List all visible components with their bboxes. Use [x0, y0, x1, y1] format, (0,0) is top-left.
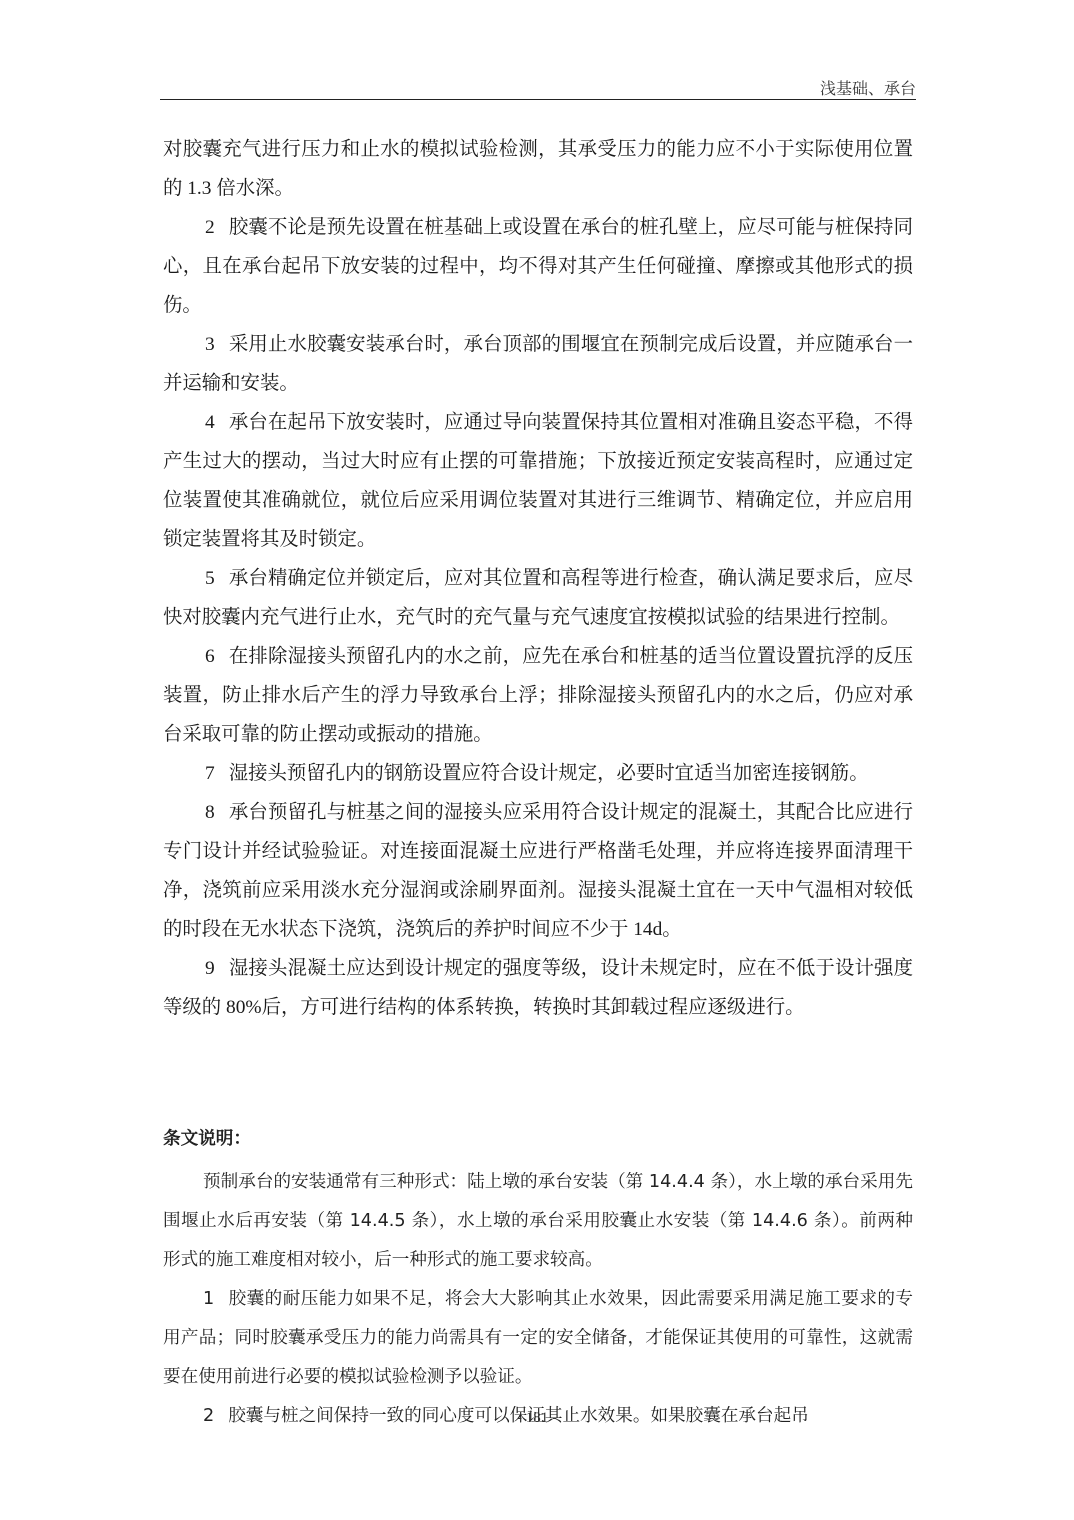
- explanation-item-1: 1胶囊的耐压能力如果不足，将会大大影响其止水效果，因此需要采用满足施工要求的专用…: [163, 1280, 913, 1397]
- clause-text: 采用止水胶囊安装承台时，承台顶部的围堰宜在预制完成后设置，并应随承台一并运输和安…: [163, 334, 913, 394]
- clause-item-8: 8承台预留孔与桩基之间的湿接头应采用符合设计规定的混凝土，其配合比应进行专门设计…: [163, 793, 913, 949]
- clause-text: 承台在起吊下放安装时，应通过导向装置保持其位置相对准确且姿态平稳，不得产生过大的…: [163, 412, 913, 550]
- clause-item-2: 2胶囊不论是预先设置在桩基础上或设置在承台的桩孔壁上，应尽可能与桩保持同心，且在…: [163, 208, 913, 325]
- clause-number: 9: [205, 958, 215, 979]
- explanation-intro: 预制承台的安装通常有三种形式：陆上墩的承台安装（第 14.4.4 条），水上墩的…: [163, 1163, 913, 1280]
- page-number: - 181 -: [0, 1410, 1074, 1427]
- clause-number: 3: [205, 334, 215, 355]
- clause-item-5: 5承台精确定位并锁定后，应对其位置和高程等进行检查，确认满足要求后，应尽快对胶囊…: [163, 559, 913, 637]
- clause-number: 8: [205, 802, 215, 823]
- clause-item-6: 6在排除湿接头预留孔内的水之前，应先在承台和桩基的适当位置设置抗浮的反压装置，防…: [163, 637, 913, 754]
- clause-number: 6: [205, 646, 215, 667]
- clause-text: 承台精确定位并锁定后，应对其位置和高程等进行检查，确认满足要求后，应尽快对胶囊内…: [163, 568, 913, 628]
- clause-explanation: 条文说明： 预制承台的安装通常有三种形式：陆上墩的承台安装（第 14.4.4 条…: [163, 1120, 913, 1436]
- explanation-number: 1: [203, 1289, 214, 1309]
- clause-item-3: 3采用止水胶囊安装承台时，承台顶部的围堰宜在预制完成后设置，并应随承台一并运输和…: [163, 325, 913, 403]
- clause-number: 2: [205, 217, 215, 238]
- document-page: 浅基础、承台 对胶囊充气进行压力和止水的模拟试验检测，其承受压力的能力应不小于实…: [0, 0, 1074, 1520]
- clause-number: 7: [205, 763, 215, 784]
- clause-number: 5: [205, 568, 215, 589]
- clause-item-9: 9湿接头混凝土应达到设计规定的强度等级，设计未规定时，应在不低于设计强度等级的 …: [163, 949, 913, 1027]
- clause-text: 湿接头混凝土应达到设计规定的强度等级，设计未规定时，应在不低于设计强度等级的 8…: [163, 958, 913, 1018]
- explanation-heading: 条文说明：: [163, 1120, 913, 1159]
- header-divider: [160, 99, 916, 100]
- clause-text: 胶囊不论是预先设置在桩基础上或设置在承台的桩孔壁上，应尽可能与桩保持同心，且在承…: [163, 217, 913, 316]
- running-header: 浅基础、承台: [820, 76, 916, 99]
- clause-text: 承台预留孔与桩基之间的湿接头应采用符合设计规定的混凝土，其配合比应进行专门设计并…: [163, 802, 913, 940]
- clause-text: 在排除湿接头预留孔内的水之前，应先在承台和桩基的适当位置设置抗浮的反压装置，防止…: [163, 646, 913, 745]
- clause-body: 对胶囊充气进行压力和止水的模拟试验检测，其承受压力的能力应不小于实际使用位置的 …: [163, 130, 913, 1027]
- clause-text: 湿接头预留孔内的钢筋设置应符合设计规定，必要时宜适当加密连接钢筋。: [229, 763, 869, 784]
- clause-item-7: 7湿接头预留孔内的钢筋设置应符合设计规定，必要时宜适当加密连接钢筋。: [163, 754, 913, 793]
- clause-continuation: 对胶囊充气进行压力和止水的模拟试验检测，其承受压力的能力应不小于实际使用位置的 …: [163, 130, 913, 208]
- clause-number: 4: [205, 412, 215, 433]
- explanation-text: 胶囊的耐压能力如果不足，将会大大影响其止水效果，因此需要采用满足施工要求的专用产…: [163, 1289, 913, 1387]
- clause-item-4: 4承台在起吊下放安装时，应通过导向装置保持其位置相对准确且姿态平稳，不得产生过大…: [163, 403, 913, 559]
